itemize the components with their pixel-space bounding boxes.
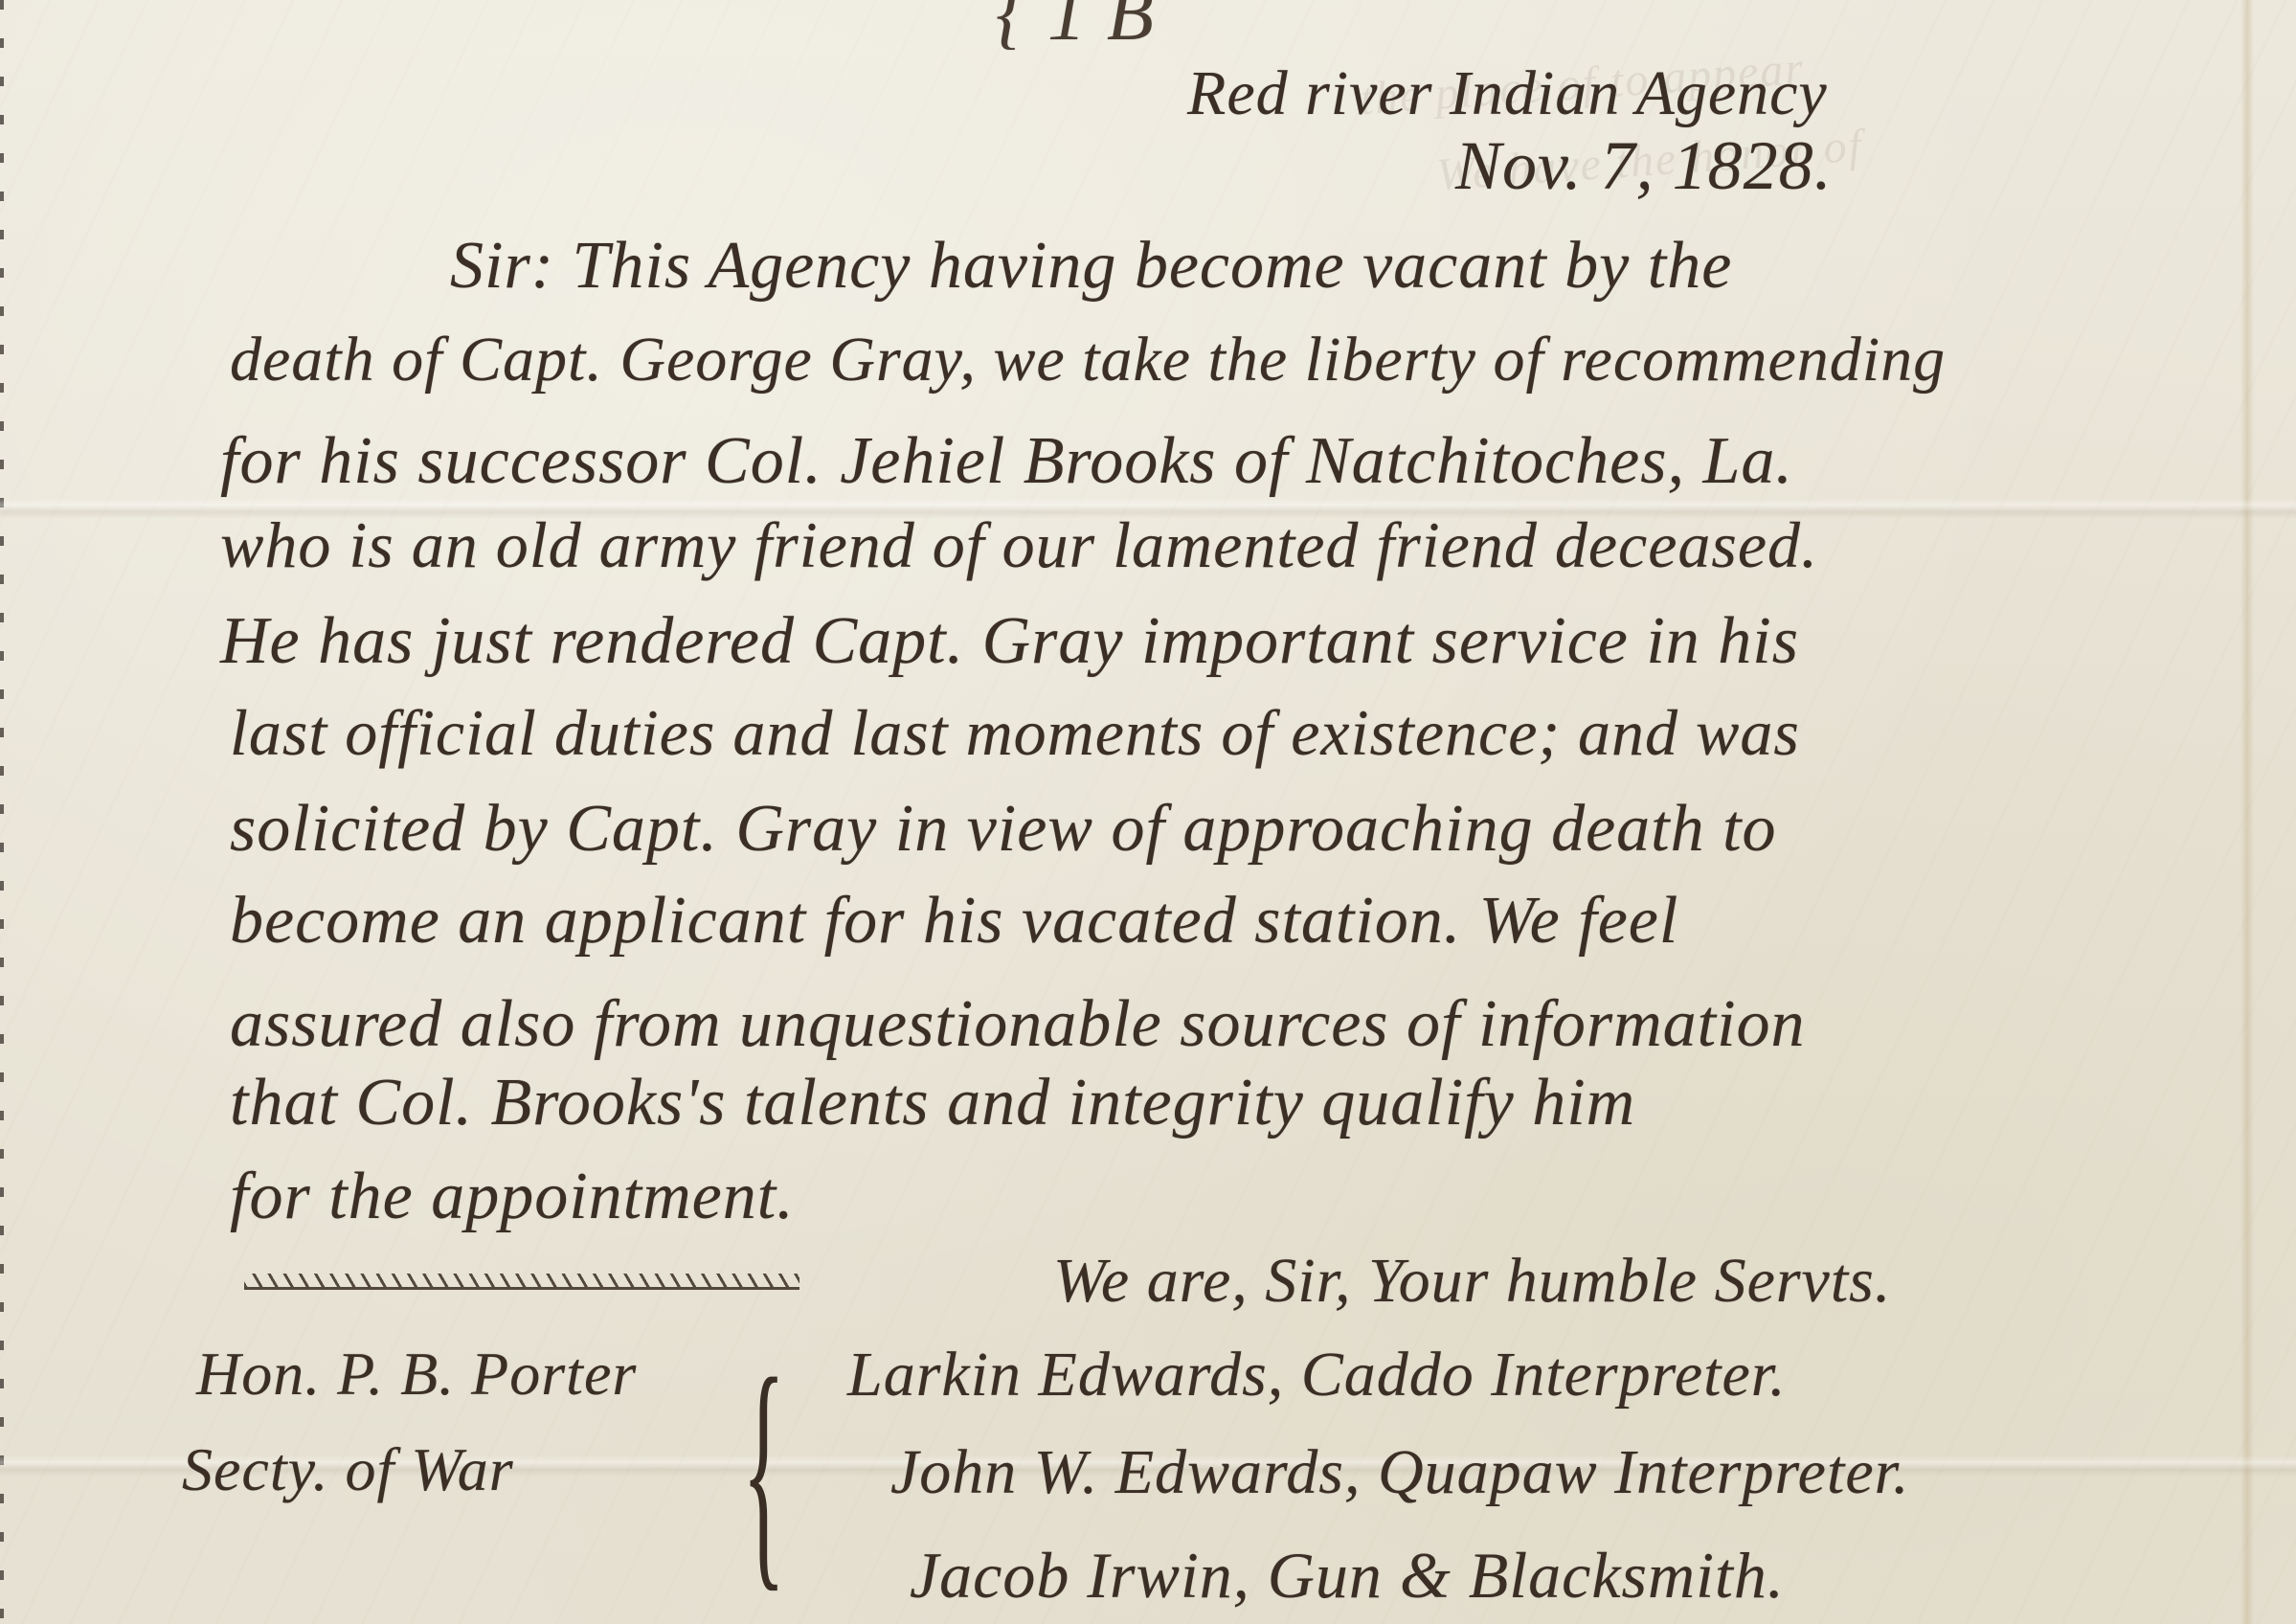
body-line: that Col. Brooks's talents and integrity… <box>230 1065 1635 1141</box>
signatory-line: Jacob Irwin, Gun & Blacksmith. <box>910 1538 1785 1613</box>
body-line: death of Capt. George Gray, we take the … <box>230 324 1946 396</box>
body-line: for the appointment. <box>230 1159 795 1235</box>
vertical-fold-crease <box>2240 0 2254 1624</box>
body-line: Sir: This Agency having become vacant by… <box>450 228 1732 304</box>
closing-salutation: We are, Sir, Your humble Servts. <box>1053 1245 1891 1318</box>
signatory-line: John W. Edwards, Quapaw Interpreter. <box>890 1436 1909 1509</box>
signatory-line: Larkin Edwards, Caddo Interpreter. <box>847 1339 1787 1411</box>
letter-date: Nov. 7, 1828. <box>1455 126 1833 206</box>
body-line: for his successor Col. Jehiel Brooks of … <box>220 423 1793 500</box>
body-line: solicited by Capt. Gray in view of appro… <box>230 791 1777 868</box>
body-line: who is an old army friend of our lamente… <box>220 507 1818 583</box>
scan-edge <box>0 0 4 1624</box>
body-line: become an applicant for his vacated stat… <box>230 883 1678 959</box>
body-line: last official duties and last moments of… <box>230 695 1800 771</box>
addressee-name: Hon. P. B. Porter <box>196 1339 637 1410</box>
letter-place: Red river Indian Agency <box>1187 57 1828 130</box>
addressee-title: Secty. of War <box>182 1434 514 1505</box>
body-line: assured also from unquestionable sources… <box>230 986 1806 1063</box>
decorative-flourish <box>244 1274 799 1290</box>
body-line: He has just rendered Capt. Gray importan… <box>220 603 1799 680</box>
docket-mark: { 1 B <box>996 0 1155 58</box>
brace-icon: { <box>742 1341 785 1599</box>
